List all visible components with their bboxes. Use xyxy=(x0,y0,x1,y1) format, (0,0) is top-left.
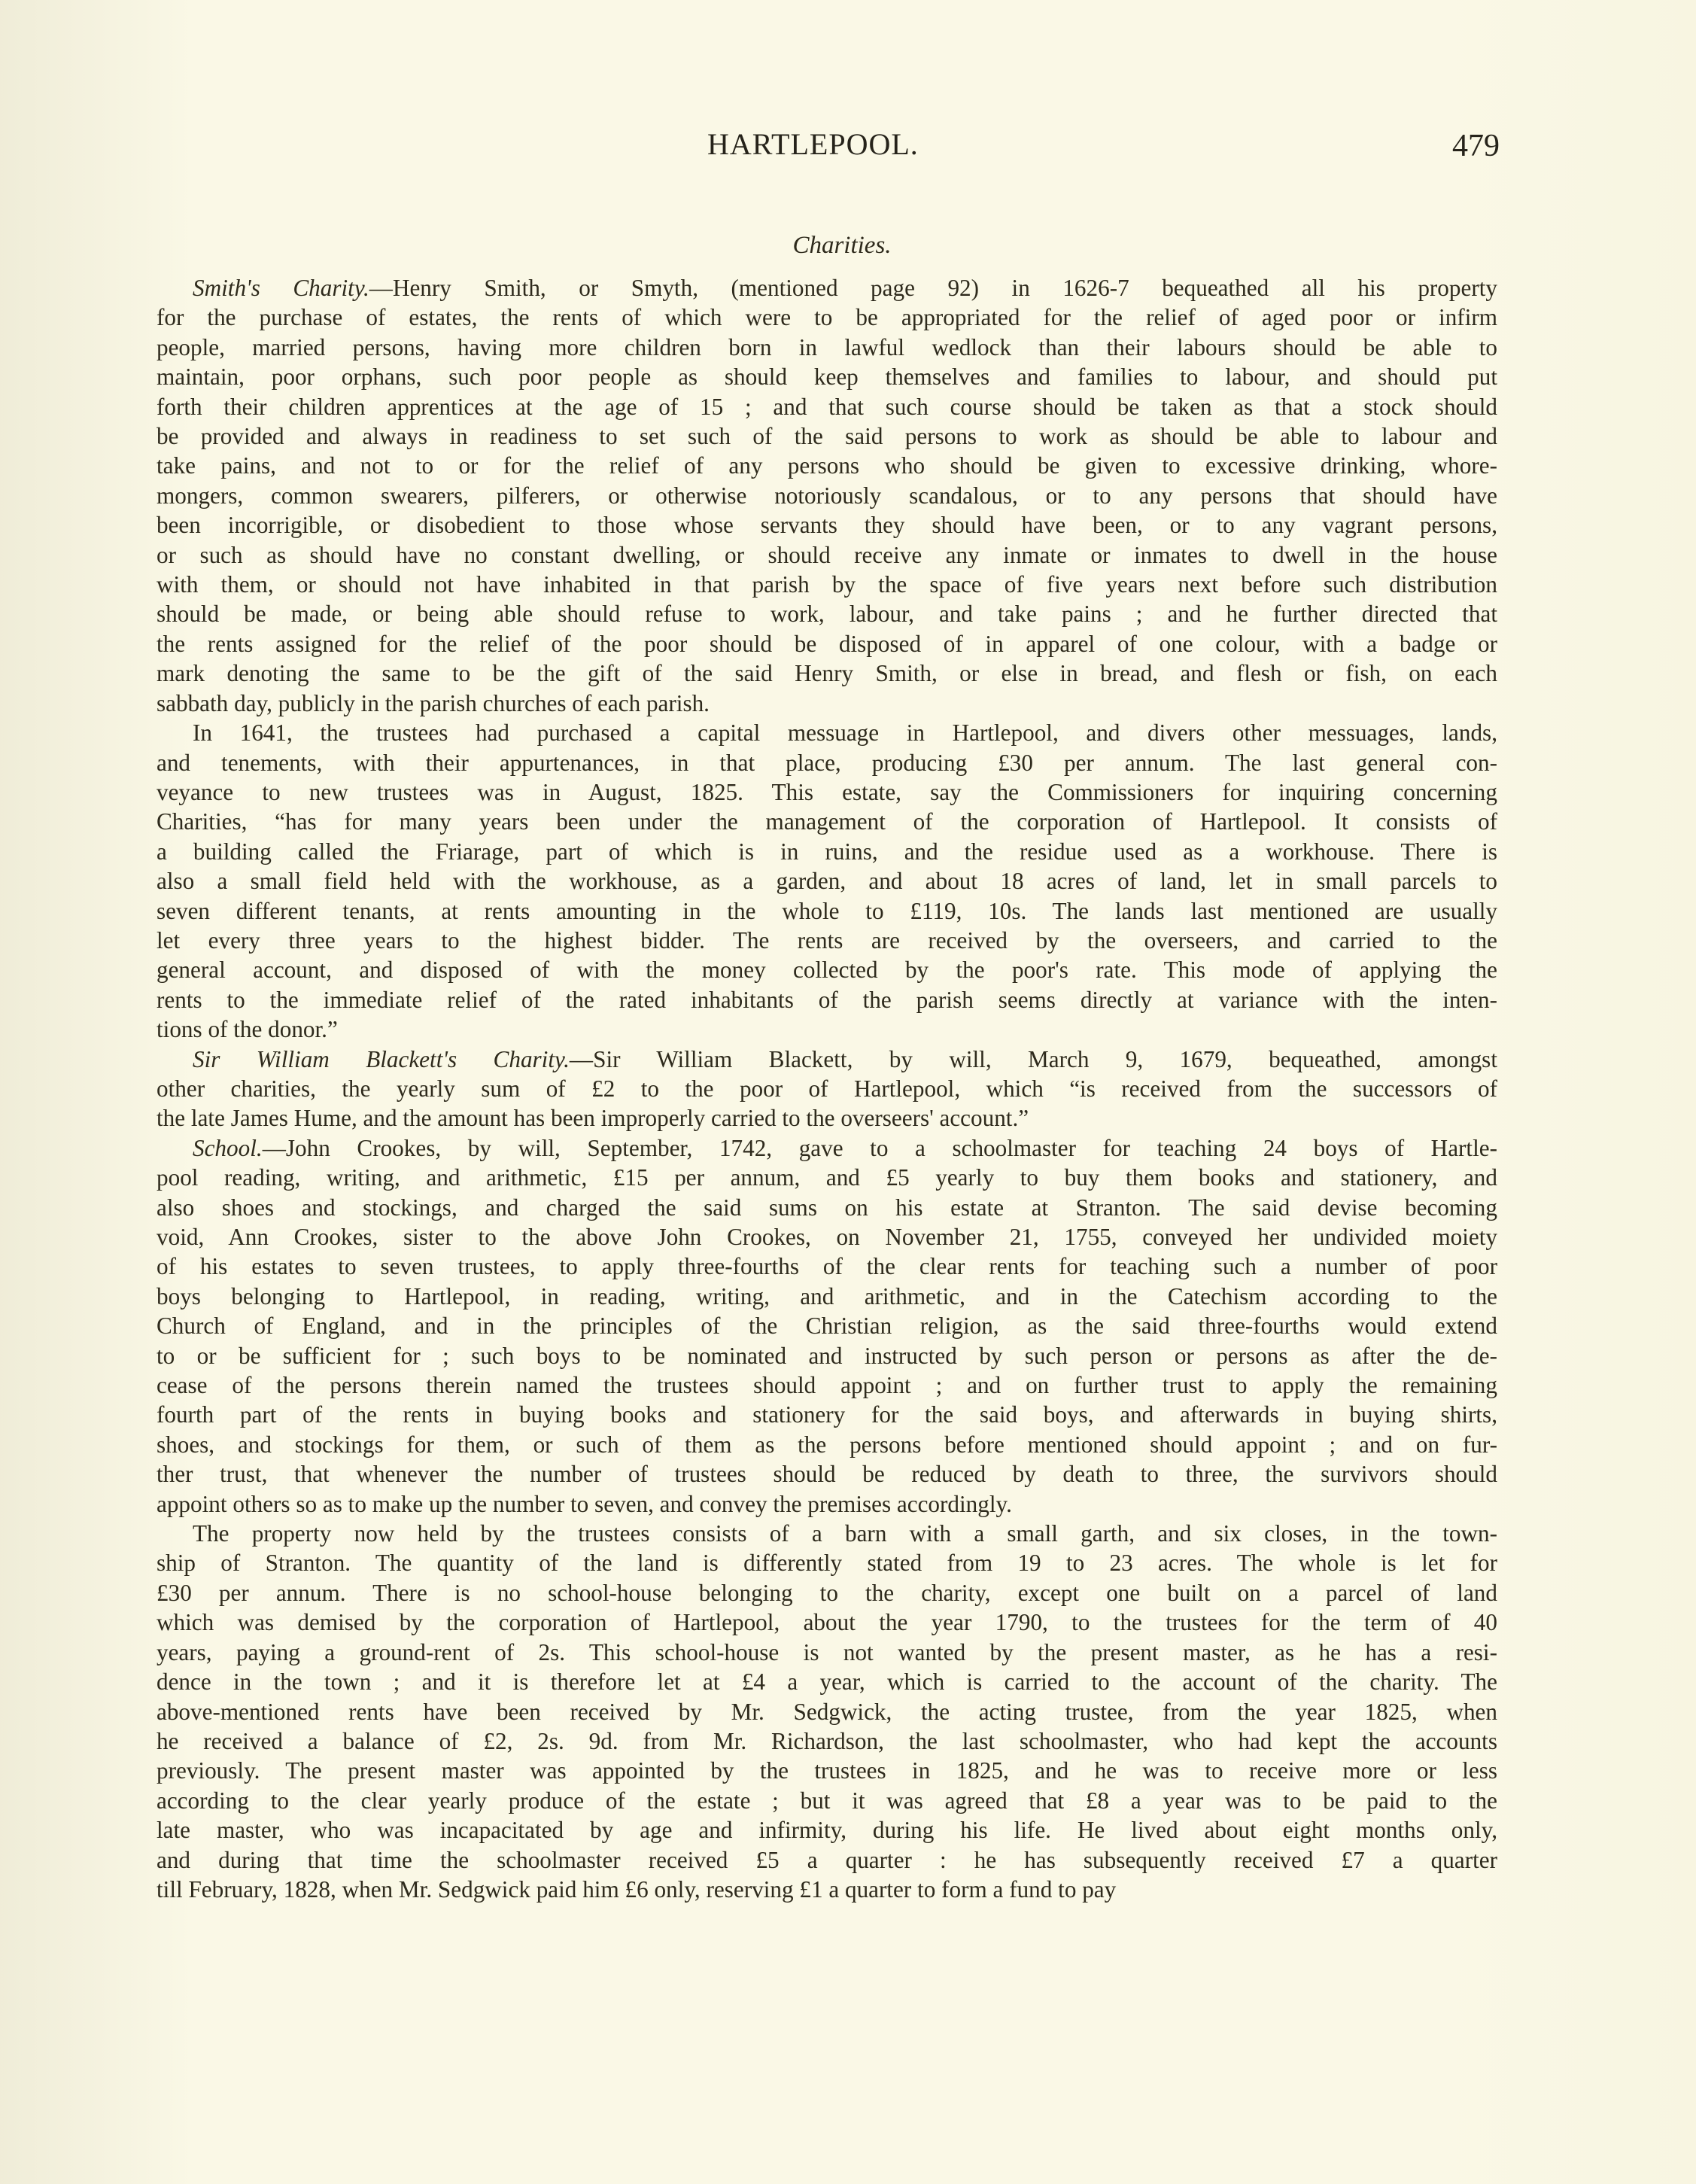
line-text: forth their children apprentices at the … xyxy=(157,394,1497,420)
text-line: School.—John Crookes, by will, September… xyxy=(157,1133,1497,1163)
text-line: according to the clear yearly produce of… xyxy=(157,1786,1497,1815)
line-text: Charities, “has for many years been unde… xyxy=(157,808,1497,835)
line-text: he received a balance of £2, 2s. 9d. fro… xyxy=(157,1728,1497,1754)
line-text: shoes, and stockings for them, or such o… xyxy=(157,1431,1497,1458)
text-line: of his estates to seven trustees, to app… xyxy=(157,1252,1497,1281)
text-line: sabbath day, publicly in the parish chur… xyxy=(157,689,1497,718)
line-text: to or be sufficient for ; such boys to b… xyxy=(157,1343,1497,1369)
line-text: pool reading, writing, and arithmetic, £… xyxy=(157,1164,1497,1191)
text-line: previously. The present master was appoi… xyxy=(157,1756,1497,1785)
line-text: a building called the Friarage, part of … xyxy=(157,838,1497,865)
text-line: been incorrigible, or disobedient to tho… xyxy=(157,510,1497,540)
line-text: years, paying a ground-rent of 2s. This … xyxy=(157,1639,1497,1665)
line-text: —Sir William Blackett, by will, March 9,… xyxy=(570,1046,1497,1072)
text-line: or such as should have no constant dwell… xyxy=(157,540,1497,570)
text-line: should be made, or being able should ref… xyxy=(157,599,1497,628)
line-text: also a small field held with the workhou… xyxy=(157,868,1497,894)
line-text: ship of Stranton. The quantity of the la… xyxy=(157,1550,1497,1576)
text-line: maintain, poor orphans, such poor people… xyxy=(157,362,1497,391)
text-line: seven different tenants, at rents amount… xyxy=(157,896,1497,926)
line-text: seven different tenants, at rents amount… xyxy=(157,898,1497,924)
text-line: In 1641, the trustees had purchased a ca… xyxy=(157,718,1497,747)
line-text: also shoes and stockings, and charged th… xyxy=(157,1194,1497,1221)
line-text: which was demised by the corporation of … xyxy=(157,1609,1497,1635)
text-line: general account, and disposed of with th… xyxy=(157,955,1497,984)
line-text: rents to the immediate relief of the rat… xyxy=(157,987,1497,1013)
line-text: fourth part of the rents in buying books… xyxy=(157,1401,1497,1428)
paragraph-lead-heading: Smith's Charity. xyxy=(193,275,369,301)
text-line: ther trust, that whenever the number of … xyxy=(157,1459,1497,1489)
line-text: the late James Hume, and the amount has … xyxy=(157,1105,1029,1131)
line-text: should be made, or being able should ref… xyxy=(157,601,1497,627)
text-line: void, Ann Crookes, sister to the above J… xyxy=(157,1222,1497,1252)
line-text: for the purchase of estates, the rents o… xyxy=(157,304,1497,330)
text-line: dence in the town ; and it is therefore … xyxy=(157,1667,1497,1696)
line-text: dence in the town ; and it is therefore … xyxy=(157,1668,1497,1695)
line-text: late master, who was incapacitated by ag… xyxy=(157,1817,1497,1843)
line-text: £30 per annum. There is no school-house … xyxy=(157,1580,1497,1606)
line-text: above-mentioned rents have been received… xyxy=(157,1699,1497,1725)
page-number: 479 xyxy=(1452,128,1500,164)
line-text: cease of the persons therein named the t… xyxy=(157,1372,1497,1398)
line-text: and tenements, with their appurtenances,… xyxy=(157,750,1497,776)
line-text: appoint others so as to make up the numb… xyxy=(157,1491,1012,1517)
paragraph-lead-heading: Sir William Blackett's Charity. xyxy=(193,1046,570,1072)
line-text: let every three years to the highest bid… xyxy=(157,927,1497,954)
text-line: fourth part of the rents in buying books… xyxy=(157,1400,1497,1429)
line-text: maintain, poor orphans, such poor people… xyxy=(157,363,1497,390)
line-text: —Henry Smith, or Smyth, (mentioned page … xyxy=(369,275,1497,301)
line-text: Church of England, and in the principles… xyxy=(157,1313,1497,1339)
text-line: and during that time the schoolmaster re… xyxy=(157,1845,1497,1875)
line-text: previously. The present master was appoi… xyxy=(157,1757,1497,1784)
line-text: In 1641, the trustees had purchased a ca… xyxy=(193,719,1497,746)
text-line: he received a balance of £2, 2s. 9d. fro… xyxy=(157,1726,1497,1756)
line-text: mongers, common swearers, pilferers, or … xyxy=(157,482,1497,509)
line-text: or such as should have no constant dwell… xyxy=(157,542,1497,568)
running-title: HARTLEPOOL. xyxy=(707,126,919,162)
line-text: people, married persons, having more chi… xyxy=(157,334,1497,360)
line-text: tions of the donor.” xyxy=(157,1016,338,1042)
paragraph: In 1641, the trustees had purchased a ca… xyxy=(157,718,1497,1044)
line-text: ther trust, that whenever the number of … xyxy=(157,1461,1497,1487)
line-text: veyance to new trustees was in August, 1… xyxy=(157,779,1497,805)
text-line: Church of England, and in the principles… xyxy=(157,1311,1497,1340)
text-line: the rents assigned for the relief of the… xyxy=(157,629,1497,659)
text-line: Charities, “has for many years been unde… xyxy=(157,807,1497,836)
line-text: been incorrigible, or disobedient to tho… xyxy=(157,512,1497,538)
line-text: void, Ann Crookes, sister to the above J… xyxy=(157,1224,1497,1250)
text-line: The property now held by the trustees co… xyxy=(157,1519,1497,1548)
text-line: be provided and always in readiness to s… xyxy=(157,421,1497,451)
text-line: rents to the immediate relief of the rat… xyxy=(157,985,1497,1014)
line-text: mark denoting the same to be the gift of… xyxy=(157,660,1497,686)
text-line: shoes, and stockings for them, or such o… xyxy=(157,1430,1497,1459)
text-line: boys belonging to Hartlepool, in reading… xyxy=(157,1282,1497,1311)
line-text: other charities, the yearly sum of £2 to… xyxy=(157,1075,1497,1102)
line-text: according to the clear yearly produce of… xyxy=(157,1787,1497,1814)
line-text: —John Crookes, by will, September, 1742,… xyxy=(263,1135,1497,1161)
section-title: Charities. xyxy=(157,232,1497,260)
text-block: Charities. Smith's Charity.—Henry Smith,… xyxy=(157,232,1497,1904)
text-line: a building called the Friarage, part of … xyxy=(157,837,1497,866)
paragraph-container: Smith's Charity.—Henry Smith, or Smyth, … xyxy=(157,273,1497,1904)
line-text: and during that time the schoolmaster re… xyxy=(157,1847,1497,1873)
text-line: Sir William Blackett's Charity.—Sir Will… xyxy=(157,1045,1497,1074)
text-line: other charities, the yearly sum of £2 to… xyxy=(157,1074,1497,1103)
text-line: till February, 1828, when Mr. Sedgwick p… xyxy=(157,1875,1497,1904)
line-text: of his estates to seven trustees, to app… xyxy=(157,1253,1497,1279)
text-line: mongers, common swearers, pilferers, or … xyxy=(157,481,1497,510)
line-text: take pains, and not to or for the relief… xyxy=(157,452,1497,479)
line-text: with them, or should not have inhabited … xyxy=(157,571,1497,598)
paragraph: School.—John Crookes, by will, September… xyxy=(157,1133,1497,1519)
text-line: above-mentioned rents have been received… xyxy=(157,1697,1497,1726)
text-line: with them, or should not have inhabited … xyxy=(157,570,1497,599)
line-text: boys belonging to Hartlepool, in reading… xyxy=(157,1283,1497,1309)
paragraph: Smith's Charity.—Henry Smith, or Smyth, … xyxy=(157,273,1497,718)
line-text: be provided and always in readiness to s… xyxy=(157,423,1497,449)
text-line: also a small field held with the workhou… xyxy=(157,866,1497,896)
paragraph-lead-heading: School. xyxy=(193,1135,263,1161)
text-line: appoint others so as to make up the numb… xyxy=(157,1489,1497,1519)
text-line: cease of the persons therein named the t… xyxy=(157,1370,1497,1400)
text-line: also shoes and stockings, and charged th… xyxy=(157,1193,1497,1222)
text-line: and tenements, with their appurtenances,… xyxy=(157,748,1497,777)
text-line: for the purchase of estates, the rents o… xyxy=(157,303,1497,332)
running-header: HARTLEPOOL. 479 xyxy=(0,126,1696,172)
paragraph: The property now held by the trustees co… xyxy=(157,1519,1497,1904)
line-text: general account, and disposed of with th… xyxy=(157,957,1497,983)
line-text: till February, 1828, when Mr. Sedgwick p… xyxy=(157,1876,1116,1903)
text-line: the late James Hume, and the amount has … xyxy=(157,1103,1497,1133)
text-line: let every three years to the highest bid… xyxy=(157,926,1497,955)
text-line: late master, who was incapacitated by ag… xyxy=(157,1815,1497,1845)
text-line: years, paying a ground-rent of 2s. This … xyxy=(157,1638,1497,1667)
text-line: take pains, and not to or for the relief… xyxy=(157,451,1497,480)
text-line: forth their children apprentices at the … xyxy=(157,392,1497,421)
text-line: to or be sufficient for ; such boys to b… xyxy=(157,1341,1497,1370)
text-line: £30 per annum. There is no school-house … xyxy=(157,1578,1497,1608)
text-line: ship of Stranton. The quantity of the la… xyxy=(157,1548,1497,1577)
line-text: sabbath day, publicly in the parish chur… xyxy=(157,690,710,716)
paragraph: Sir William Blackett's Charity.—Sir Will… xyxy=(157,1045,1497,1133)
text-line: veyance to new trustees was in August, 1… xyxy=(157,777,1497,807)
text-line: which was demised by the corporation of … xyxy=(157,1608,1497,1637)
text-line: people, married persons, having more chi… xyxy=(157,333,1497,362)
line-text: the rents assigned for the relief of the… xyxy=(157,631,1497,657)
line-text: The property now held by the trustees co… xyxy=(193,1520,1497,1547)
text-line: tions of the donor.” xyxy=(157,1014,1497,1044)
text-line: pool reading, writing, and arithmetic, £… xyxy=(157,1163,1497,1192)
text-line: Smith's Charity.—Henry Smith, or Smyth, … xyxy=(157,273,1497,303)
text-line: mark denoting the same to be the gift of… xyxy=(157,659,1497,688)
